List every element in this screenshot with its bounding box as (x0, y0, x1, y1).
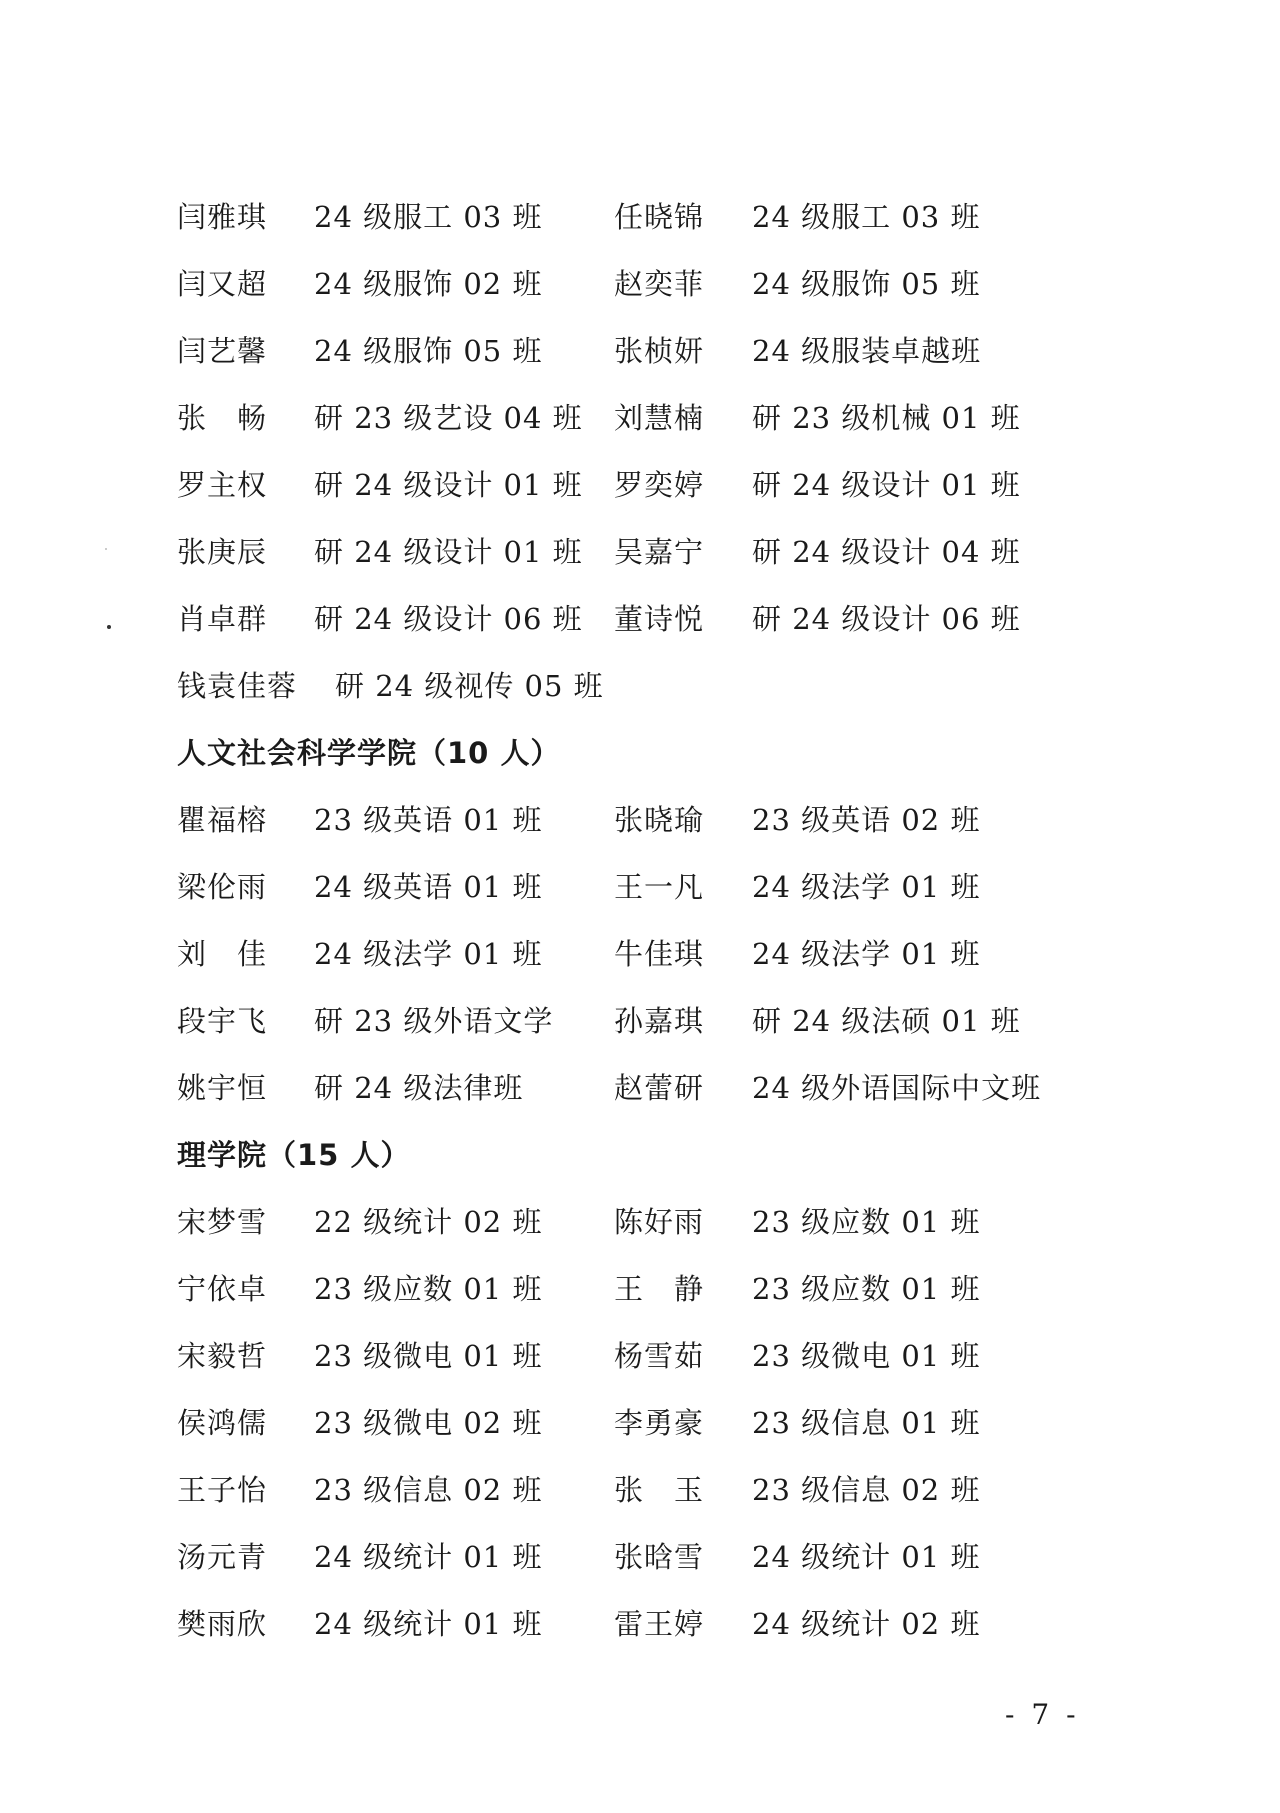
student-class: 23 级信息 01 班 (752, 1403, 980, 1443)
student-class: 研 24 级设计 01 班 (752, 465, 1021, 505)
student-name: 姚宇恒 (177, 1068, 267, 1108)
student-class: 研 24 级设计 06 班 (752, 599, 1021, 639)
student-class: 24 级统计 02 班 (752, 1604, 980, 1644)
student-name: 樊雨欣 (177, 1604, 267, 1644)
student-name: 王 静 (614, 1269, 704, 1309)
student-class: 23 级微电 01 班 (314, 1336, 542, 1376)
page-number: - 7 - (1005, 1695, 1080, 1735)
student-class: 23 级微电 01 班 (752, 1336, 980, 1376)
student-class: 22 级统计 02 班 (314, 1202, 542, 1242)
student-class: 研 24 级设计 06 班 (314, 599, 583, 639)
student-class: 24 级服饰 05 班 (752, 264, 980, 304)
student-name: 段宇飞 (177, 1001, 267, 1041)
student-name: 闫又超 (177, 264, 267, 304)
student-name: 王子怡 (177, 1470, 267, 1510)
student-class: 24 级服装卓越班 (752, 331, 981, 371)
student-class: 24 级统计 01 班 (752, 1537, 980, 1577)
student-name: 刘 佳 (177, 934, 267, 974)
section-heading-humanities: 人文社会科学学院（10 人） (177, 733, 560, 773)
student-class: 研 24 级法硕 01 班 (752, 1001, 1021, 1041)
student-class: 23 级应数 01 班 (752, 1269, 980, 1309)
student-class: 24 级统计 01 班 (314, 1604, 542, 1644)
student-name: 罗主权 (177, 465, 267, 505)
student-class: 23 级应数 01 班 (314, 1269, 542, 1309)
document-page: 闫雅琪 24 级服工 03 班 任晓锦 24 级服工 03 班 闫又超 24 级… (0, 0, 1280, 1813)
student-name: 牛佳琪 (614, 934, 704, 974)
student-class: 23 级信息 02 班 (752, 1470, 980, 1510)
student-class: 研 24 级设计 01 班 (314, 465, 583, 505)
student-class: 研 24 级设计 01 班 (314, 532, 583, 572)
student-name: 张 玉 (614, 1470, 704, 1510)
section-heading-science: 理学院（15 人） (177, 1135, 410, 1175)
student-name: 梁伦雨 (177, 867, 267, 907)
student-name: 瞿福榕 (177, 800, 267, 840)
scan-dot (107, 625, 111, 629)
student-class: 24 级服工 03 班 (314, 197, 542, 237)
scan-speck (105, 548, 107, 550)
student-class: 23 级英语 01 班 (314, 800, 542, 840)
student-class: 研 24 级视传 05 班 (335, 666, 604, 706)
student-class: 研 23 级外语文学 (314, 1001, 553, 1041)
student-name: 董诗悦 (614, 599, 704, 639)
student-name: 宋毅哲 (177, 1336, 267, 1376)
student-class: 23 级微电 02 班 (314, 1403, 542, 1443)
student-class: 研 24 级法律班 (314, 1068, 523, 1108)
student-name: 侯鸿儒 (177, 1403, 267, 1443)
student-name: 李勇豪 (614, 1403, 704, 1443)
student-class: 24 级统计 01 班 (314, 1537, 542, 1577)
student-name: 张晗雪 (614, 1537, 704, 1577)
student-class: 研 24 级设计 04 班 (752, 532, 1021, 572)
student-class: 24 级法学 01 班 (752, 934, 980, 974)
student-class: 24 级服工 03 班 (752, 197, 980, 237)
student-name: 汤元青 (177, 1537, 267, 1577)
student-class: 研 23 级艺设 04 班 (314, 398, 583, 438)
student-name: 雷王婷 (614, 1604, 704, 1644)
student-name: 赵奕菲 (614, 264, 704, 304)
student-name: 王一凡 (614, 867, 704, 907)
student-name: 张 畅 (177, 398, 267, 438)
student-class: 23 级应数 01 班 (752, 1202, 980, 1242)
student-name: 闫艺馨 (177, 331, 267, 371)
student-class: 24 级服饰 05 班 (314, 331, 542, 371)
student-name: 任晓锦 (614, 197, 704, 237)
student-name: 刘慧楠 (614, 398, 704, 438)
student-name: 宋梦雪 (177, 1202, 267, 1242)
student-name: 闫雅琪 (177, 197, 267, 237)
student-name: 宁依卓 (177, 1269, 267, 1309)
student-name: 罗奕婷 (614, 465, 704, 505)
student-name: 杨雪茹 (614, 1336, 704, 1376)
student-name: 张庚辰 (177, 532, 267, 572)
student-name: 赵蕾研 (614, 1068, 704, 1108)
student-class: 23 级英语 02 班 (752, 800, 980, 840)
student-class: 24 级英语 01 班 (314, 867, 542, 907)
student-name: 陈好雨 (614, 1202, 704, 1242)
student-class: 24 级法学 01 班 (752, 867, 980, 907)
student-class: 23 级信息 02 班 (314, 1470, 542, 1510)
student-name: 张晓瑜 (614, 800, 704, 840)
student-class: 24 级外语国际中文班 (752, 1068, 1041, 1108)
student-class: 24 级法学 01 班 (314, 934, 542, 974)
student-name: 肖卓群 (177, 599, 267, 639)
student-name: 钱袁佳蓉 (177, 666, 297, 706)
student-name: 孙嘉琪 (614, 1001, 704, 1041)
student-name: 吴嘉宁 (614, 532, 704, 572)
student-name: 张桢妍 (614, 331, 704, 371)
student-class: 研 23 级机械 01 班 (752, 398, 1021, 438)
student-class: 24 级服饰 02 班 (314, 264, 542, 304)
